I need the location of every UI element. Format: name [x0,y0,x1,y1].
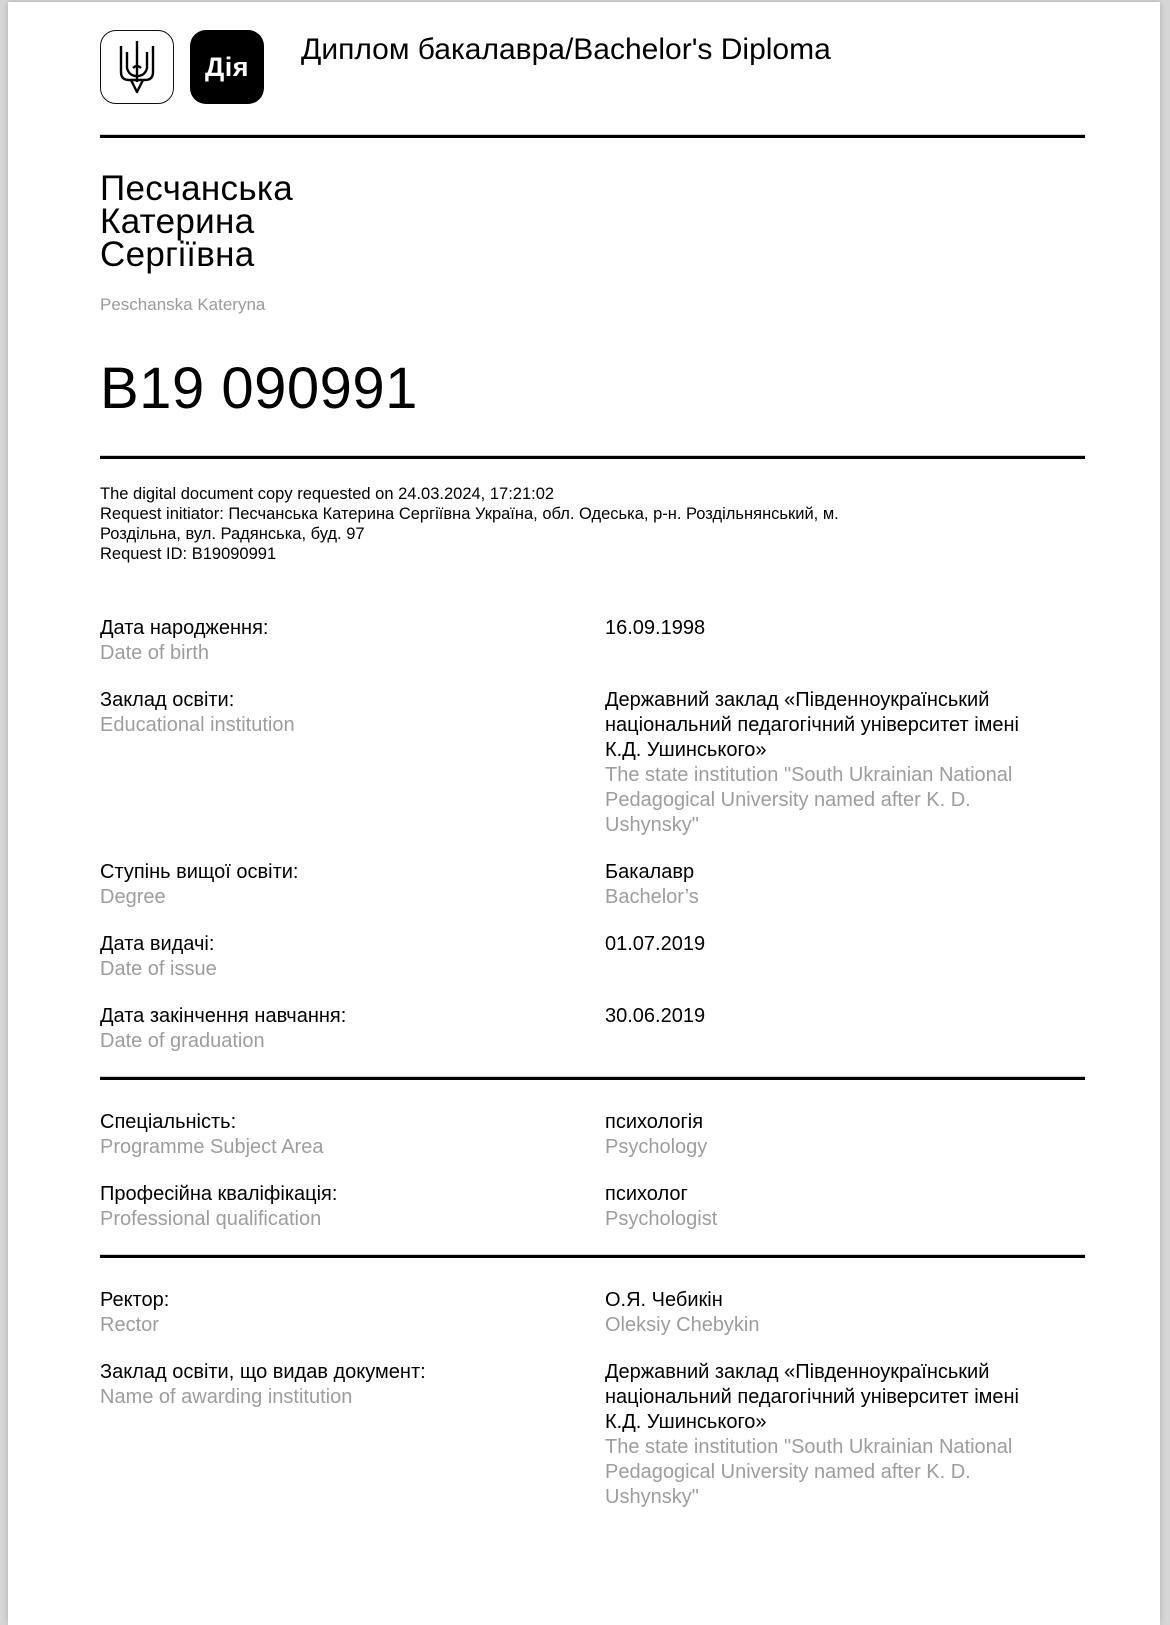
field-label: Ректор: Rector [100,1288,605,1338]
field-value: 16.09.1998 [605,616,1045,666]
field-row: Ректор: Rector О.Я. Чебикін Oleksiy Cheb… [100,1288,1085,1338]
field-label: Дата народження: Date of birth [100,616,605,666]
field-label-en: Rector [100,1313,605,1338]
field-value-ua: Бакалавр [605,860,1045,885]
field-label-en: Educational institution [100,713,605,738]
field-value-en: Oleksiy Chebykin [605,1313,1045,1338]
field-row: Спеціальність: Programme Subject Area пс… [100,1110,1085,1160]
fields-container: Дата народження: Date of birth 16.09.199… [100,616,1085,1510]
field-label-en: Date of issue [100,957,605,982]
field-value: Державний заклад «Південноукраїнський на… [605,688,1045,838]
field-value-ua: психологія [605,1110,1045,1135]
field-value: 30.06.2019 [605,1004,1045,1054]
field-value: 01.07.2019 [605,932,1045,982]
document-number: B19 090991 [100,356,1085,422]
field-value: психолог Psychologist [605,1182,1045,1232]
field-label-ua: Ступінь вищої освіти: [100,860,605,885]
request-info: The digital document copy requested on 2… [100,484,1085,564]
field-value-en: The state institution "South Ukrainian N… [605,1435,1045,1510]
field-row: Заклад освіти, що видав документ: Name o… [100,1360,1085,1510]
field-value-ua: 16.09.1998 [605,616,1045,641]
trident-icon [100,30,174,104]
diia-logo-text: Дія [205,52,249,83]
patronymic: Сергіївна [100,238,1085,271]
request-date-line: The digital document copy requested on 2… [100,484,1085,504]
field-value-ua: О.Я. Чебикін [605,1288,1045,1313]
field-value-en: Psychology [605,1135,1045,1160]
request-address-line: Роздільна, вул. Радянська, буд. 97 [100,524,1085,544]
field-label-ua: Дата народження: [100,616,605,641]
field-label: Спеціальність: Programme Subject Area [100,1110,605,1160]
field-value-ua: Державний заклад «Південноукраїнський на… [605,688,1045,763]
field-row: Професійна кваліфікація: Professional qu… [100,1182,1085,1232]
field-label: Заклад освіти: Educational institution [100,688,605,838]
field-label: Дата закінчення навчання: Date of gradua… [100,1004,605,1054]
field-label: Ступінь вищої освіти: Degree [100,860,605,910]
document-sheet: Дія Диплом бакалавра/Bachelor's Diploma … [8,2,1160,1625]
field-label-ua: Спеціальність: [100,1110,605,1135]
field-label-ua: Ректор: [100,1288,605,1313]
field-label-ua: Дата закінчення навчання: [100,1004,605,1029]
field-value-ua: Державний заклад «Південноукраїнський на… [605,1360,1045,1435]
field-value-en: Bachelor’s [605,885,1045,910]
field-label-en: Professional qualification [100,1207,605,1232]
request-initiator-line: Request initiator: Песчанська Катерина С… [100,504,1085,524]
first-name: Катерина [100,205,1085,238]
field-row: Дата видачі: Date of issue 01.07.2019 [100,932,1085,982]
field-value-ua: 01.07.2019 [605,932,1045,957]
field-label-ua: Професійна кваліфікація: [100,1182,605,1207]
field-row: Заклад освіти: Educational institution Д… [100,688,1085,838]
field-label-en: Degree [100,885,605,910]
field-value-ua: 30.06.2019 [605,1004,1045,1029]
field-value: психологія Psychology [605,1110,1045,1160]
holder-name-block: Песчанська Катерина Сергіївна Peschanska… [100,138,1085,422]
field-label-en: Date of graduation [100,1029,605,1054]
field-label: Професійна кваліфікація: Professional qu… [100,1182,605,1232]
request-id-line: Request ID: B19090991 [100,544,1085,564]
field-value: Бакалавр Bachelor’s [605,860,1045,910]
field-label: Заклад освіти, що видав документ: Name o… [100,1360,605,1510]
field-label-ua: Заклад освіти: [100,688,605,713]
field-row: Дата закінчення навчання: Date of gradua… [100,1004,1085,1054]
section-divider [100,1254,1085,1258]
field-row: Дата народження: Date of birth 16.09.199… [100,616,1085,666]
field-label-en: Name of awarding institution [100,1385,605,1410]
field-value-en: Psychologist [605,1207,1045,1232]
field-value: Державний заклад «Південноукраїнський на… [605,1360,1045,1510]
document-header: Дія Диплом бакалавра/Bachelor's Diploma [100,2,1085,134]
field-label-ua: Дата видачі: [100,932,605,957]
field-value: О.Я. Чебикін Oleksiy Chebykin [605,1288,1045,1338]
field-label-en: Programme Subject Area [100,1135,605,1160]
section-divider [100,1076,1085,1080]
field-row: Ступінь вищої освіти: Degree Бакалавр Ba… [100,860,1085,910]
field-value-en: The state institution "South Ukrainian N… [605,763,1045,838]
number-divider [100,455,1085,459]
field-label-en: Date of birth [100,641,605,666]
field-label-ua: Заклад освіти, що видав документ: [100,1360,605,1385]
trident-glyph [117,38,157,96]
field-value-ua: психолог [605,1182,1045,1207]
surname: Песчанська [100,172,1085,205]
document-title: Диплом бакалавра/Bachelor's Diploma [301,32,831,68]
field-label: Дата видачі: Date of issue [100,932,605,982]
document-content: Дія Диплом бакалавра/Bachelor's Diploma … [100,2,1085,1532]
latin-name: Peschanska Kateryna [100,295,1085,315]
diia-logo: Дія [190,30,264,104]
